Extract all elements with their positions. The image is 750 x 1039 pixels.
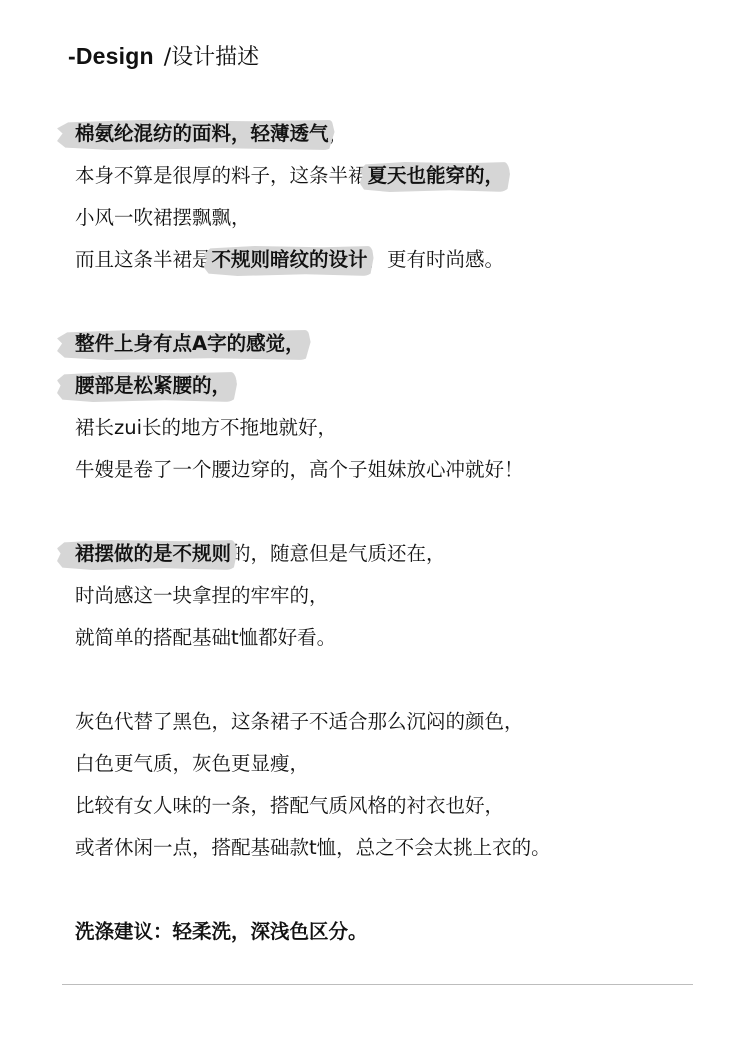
- text-segment: 而且这条半裙是: [75, 248, 212, 271]
- text-segment: 裙长zui长的地方不拖地就好，: [75, 416, 337, 439]
- text-line: 而且这条半裙是不规则暗纹的设计，更有时尚感。: [75, 239, 715, 281]
- text-line: 裙摆做的是不规则的，随意但是气质还在，: [75, 533, 715, 575]
- highlighted-text: 腰部是松紧腰的，: [75, 365, 231, 407]
- text-segment: ，更有时尚感。: [368, 248, 505, 271]
- paragraph-gap: [75, 869, 715, 911]
- text-segment: 就简单的搭配基础t恤都好看。: [75, 626, 336, 649]
- highlighted-text: 整件上身有点A字的感觉，: [75, 323, 305, 365]
- text-line: 小风一吹裙摆飘飘，: [75, 197, 715, 239]
- text-line: 整件上身有点A字的感觉，: [75, 323, 715, 365]
- text-segment: 白色更气质，灰色更显瘦，: [75, 752, 309, 775]
- text-segment: 本身不算是很厚的料子，这条半裙: [75, 164, 368, 187]
- header-title-cn: /设计描述: [164, 40, 259, 71]
- text-line: 牛嫂是卷了一个腰边穿的，高个子姐妹放心冲就好！: [75, 449, 715, 491]
- text-segment: 灰色代替了黑色，这条裙子不适合那么沉闷的颜色，: [75, 710, 524, 733]
- text-line: 或者休闲一点，搭配基础款t恤，总之不会太挑上衣的。: [75, 827, 715, 869]
- text-segment: 牛嫂是卷了一个腰边穿的，高个子姐妹放心冲就好！: [75, 458, 524, 481]
- divider: [62, 984, 693, 985]
- highlighted-text: 棉氨纶混纺的面料，轻薄透气: [75, 113, 329, 155]
- text-line: 腰部是松紧腰的，: [75, 365, 715, 407]
- text-segment: 小风一吹裙摆飘飘，: [75, 206, 251, 229]
- design-description: 棉氨纶混纺的面料，轻薄透气， 本身不算是很厚的料子，这条半裙夏天也能穿的， 小风…: [75, 113, 715, 953]
- text-line: 比较有女人味的一条，搭配气质风格的衬衣也好，: [75, 785, 715, 827]
- text-line: 就简单的搭配基础t恤都好看。: [75, 617, 715, 659]
- text-segment: 或者休闲一点，搭配基础款t恤，总之不会太挑上衣的。: [75, 836, 551, 859]
- paragraph-gap: [75, 491, 715, 533]
- paragraph-gap: [75, 281, 715, 323]
- section-header: -Design /设计描述: [68, 40, 259, 74]
- paragraph-gap: [75, 659, 715, 701]
- text-segment: 比较有女人味的一条，搭配气质风格的衬衣也好，: [75, 794, 504, 817]
- text-line: 本身不算是很厚的料子，这条半裙夏天也能穿的，: [75, 155, 715, 197]
- text-line: 裙长zui长的地方不拖地就好，: [75, 407, 715, 449]
- text-segment: 时尚感这一块拿捏的牢牢的，: [75, 584, 329, 607]
- care-instructions: 洗涤建议：轻柔洗，深浅色区分。: [75, 911, 715, 953]
- highlighted-text: 夏天也能穿的，: [368, 155, 505, 197]
- highlighted-text: 裙摆做的是不规则: [75, 533, 231, 575]
- text-line: 灰色代替了黑色，这条裙子不适合那么沉闷的颜色，: [75, 701, 715, 743]
- text-line: 棉氨纶混纺的面料，轻薄透气，: [75, 113, 715, 155]
- text-line: 白色更气质，灰色更显瘦，: [75, 743, 715, 785]
- header-title-en: -Design: [68, 43, 154, 70]
- text-segment: 的，随意但是气质还在，: [231, 542, 446, 565]
- highlighted-text: 不规则暗纹的设计: [212, 239, 368, 281]
- text-line: 时尚感这一块拿捏的牢牢的，: [75, 575, 715, 617]
